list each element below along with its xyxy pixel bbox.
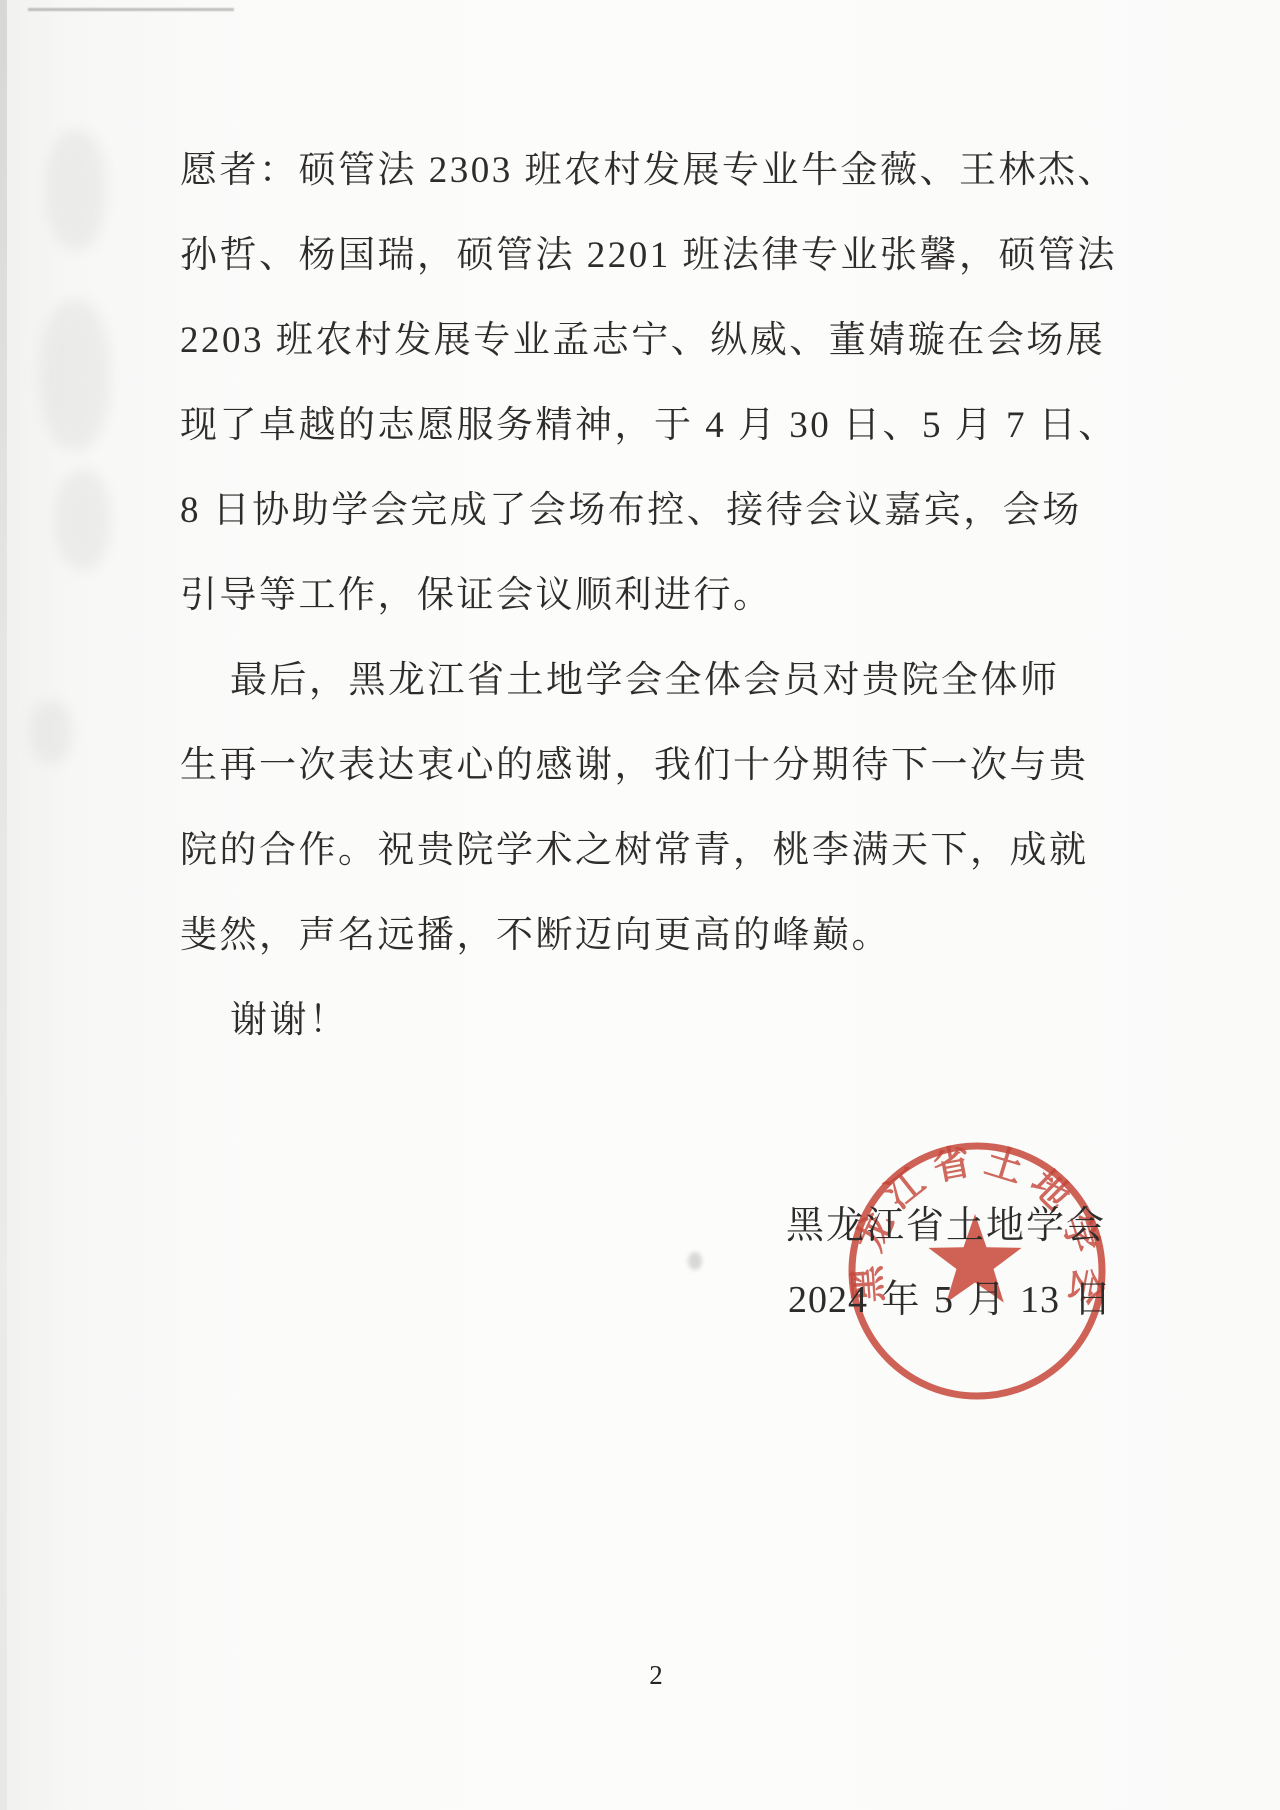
paragraph1-line: 愿者：硕管法 2303 班农村发展专业牛金薇、王林杰、: [180, 128, 1140, 213]
paragraph2-line: 院的合作。祝贵院学术之树常青，桃李满天下，成就: [180, 808, 1140, 893]
closing-line: 谢谢！: [180, 978, 1140, 1063]
paragraph2-line: 斐然，声名远播，不断迈向更高的峰巅。: [180, 893, 1140, 978]
signature-date: 2024 年 5 月 13 日: [788, 1272, 1113, 1328]
scan-smudge: [55, 470, 110, 570]
scan-smudge: [46, 130, 106, 250]
scan-smudge: [40, 300, 110, 450]
paragraph1-line: 2203 班农村发展专业孟志宁、纵威、董婧璇在会场展: [180, 298, 1140, 383]
paragraph1-line: 8 日协助学会完成了会场布控、接待会议嘉宾，会场: [180, 468, 1140, 553]
scan-smudge: [688, 1252, 702, 1270]
paragraph1-line: 孙哲、杨国瑞，硕管法 2201 班法律专业张馨，硕管法: [180, 213, 1140, 298]
paragraph2-line: 生再一次表达衷心的感谢，我们十分期待下一次与贵: [180, 723, 1140, 808]
paragraph2-line: 最后，黑龙江省土地学会全体会员对贵院全体师: [180, 638, 1140, 723]
letter-body: 愿者：硕管法 2303 班农村发展专业牛金薇、王林杰、 孙哲、杨国瑞，硕管法 2…: [180, 128, 1140, 1063]
scan-left-shadow: [0, 0, 7, 1810]
paragraph1-line: 引导等工作，保证会议顺利进行。: [180, 553, 1140, 638]
page-number: 2: [634, 1660, 678, 1691]
scan-edge-line: [28, 8, 234, 11]
signature-organization: 黑龙江省土地学会: [786, 1198, 1106, 1254]
scan-smudge: [30, 700, 72, 764]
official-seal: 黑龙江省土地学会: [842, 1136, 1112, 1406]
scanned-letter-page: 愿者：硕管法 2303 班农村发展专业牛金薇、王林杰、 孙哲、杨国瑞，硕管法 2…: [0, 0, 1280, 1810]
paragraph1-line: 现了卓越的志愿服务精神，于 4 月 30 日、5 月 7 日、: [180, 383, 1140, 468]
